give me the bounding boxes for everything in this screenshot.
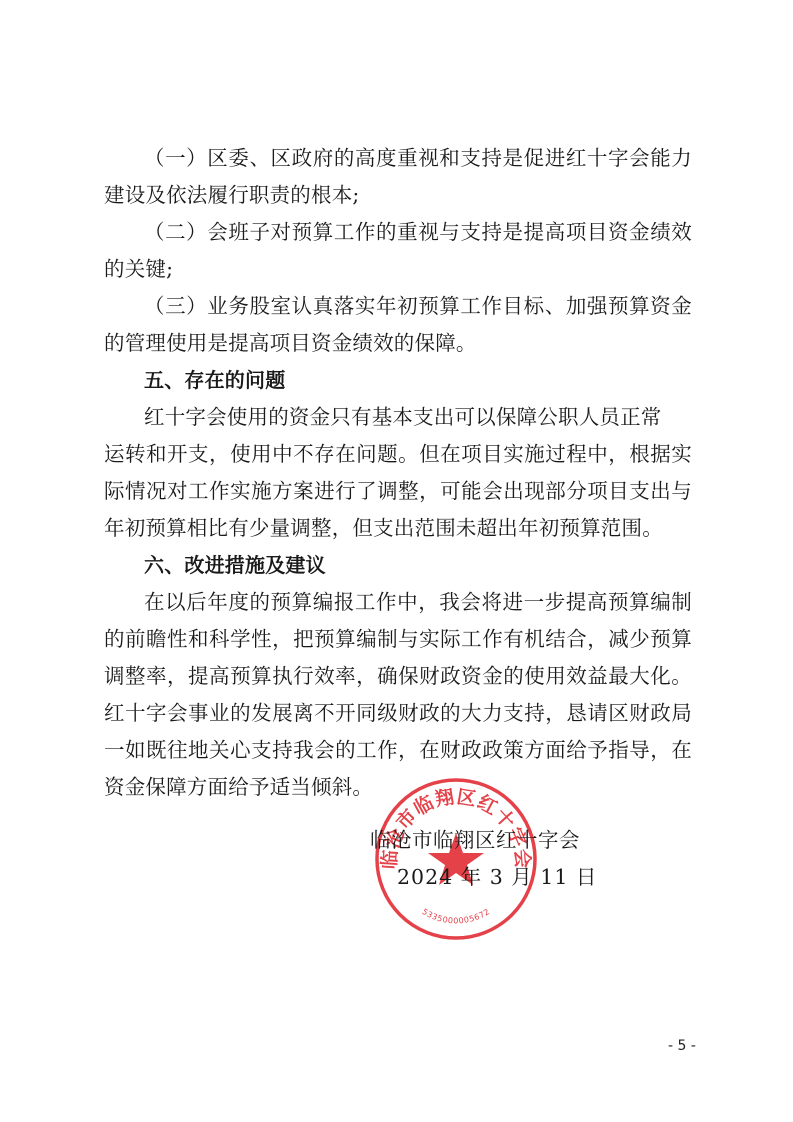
section-6-line-2: 的前瞻性和科学性，把预算编制与实际工作有机结合，减少预算 xyxy=(104,621,692,658)
point-2-line-1: （二）会班子对预算工作的重视与支持是提高项目资金绩效 xyxy=(104,214,692,251)
point-3-line-1: （三）业务股室认真落实年初预算工作目标、加强预算资金 xyxy=(104,288,692,325)
section-6-heading: 六、改进措施及建议 xyxy=(104,547,692,584)
section-6-line-4: 红十字会事业的发展离不开同级财政的大力支持，恳请区财政局 xyxy=(104,695,692,732)
section-5-line-1: 红十字会使用的资金只有基本支出可以保障公职人员正常 xyxy=(104,399,692,436)
point-1-line-1: （一）区委、区政府的高度重视和支持是促进红十字会能力 xyxy=(104,140,692,177)
signature-block: 临沧市临翔区红十字会 2024 年 3 月 11 日 xyxy=(370,822,597,896)
section-6-line-5: 一如既往地关心支持我会的工作，在财政政策方面给予指导，在 xyxy=(104,732,692,769)
signature-date: 2024 年 3 月 11 日 xyxy=(370,859,597,896)
section-6-line-1: 在以后年度的预算编报工作中，我会将进一步提高预算编制 xyxy=(104,584,692,621)
section-5-line-2: 运转和开支，使用中不存在问题。但在项目实施过程中，根据实 xyxy=(104,436,692,473)
document-body: （一）区委、区政府的高度重视和支持是促进红十字会能力 建设及依法履行职责的根本;… xyxy=(104,140,692,806)
svg-text:5335000005672: 5335000005672 xyxy=(420,907,491,925)
seal-serial-number: 5335000005672 xyxy=(420,907,491,925)
section-5-line-3: 际情况对工作实施方案进行了调整，可能会出现部分项目支出与 xyxy=(104,473,692,510)
section-5-heading: 五、存在的问题 xyxy=(104,362,692,399)
page-number: - 5 - xyxy=(668,1038,696,1054)
point-2-line-2: 的关键; xyxy=(104,251,692,288)
signature-organization: 临沧市临翔区红十字会 xyxy=(370,822,597,859)
section-5-line-4: 年初预算相比有少量调整，但支出范围未超出年初预算范围。 xyxy=(104,510,692,547)
document-page: （一）区委、区政府的高度重视和支持是促进红十字会能力 建设及依法履行职责的根本;… xyxy=(0,0,793,1122)
point-1-line-2: 建设及依法履行职责的根本; xyxy=(104,177,692,214)
section-6-line-3: 调整率，提高预算执行效率，确保财政资金的使用效益最大化。 xyxy=(104,658,692,695)
point-3-line-2: 的管理使用是提高项目资金绩效的保障。 xyxy=(104,325,692,362)
